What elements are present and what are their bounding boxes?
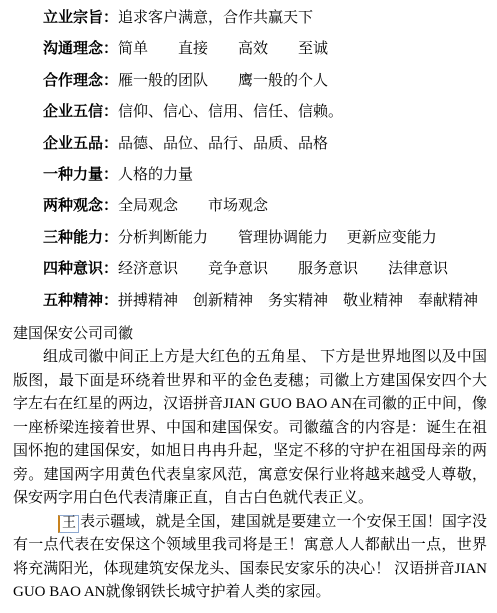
value-label: 企业五信： [43,104,118,120]
list-item: 一种力量：人格的力量 [43,160,487,191]
value-text: 全局观念 市场观念 [118,198,268,214]
value-label: 合作理念： [43,73,118,89]
value-text: 品德、品位、品行、品质、品格 [118,136,328,152]
value-label: 四种意识： [43,261,118,277]
value-label: 沟通理念： [43,41,118,57]
value-text: 拼搏精神 创新精神 务实精神 敬业精神 奉献精神 [118,293,478,309]
emblem-section-heading: 建国保安公司司徽 [13,322,487,346]
document-page: 立业宗旨：追求客户满意，合作共赢天下 沟通理念：简单 直接 高效 至诚 合作理念… [0,0,497,613]
value-text: 雁一般的团队 鹰一般的个人 [118,73,328,89]
emblem-meaning-paragraph: 王表示疆域，就是全国，建国就是要建立一个安保王国！国字没有一点代表在安保这个领域… [13,511,487,605]
value-text: 分析判断能力 管理协调能力 更新应变能力 [118,230,437,246]
list-item: 两种观念：全局观念 市场观念 [43,191,487,222]
list-item: 沟通理念：简单 直接 高效 至诚 [43,34,487,65]
list-item: 五种精神：拼搏精神 创新精神 务实精神 敬业精神 奉献精神 [43,286,487,317]
emblem-description-paragraph: 组成司徽中间正上方是大红色的五角星、 下方是世界地图以及中国版图，最下面是环绕着… [13,346,487,511]
value-label: 一种力量： [43,167,118,183]
value-text: 经济意识 竞争意识 服务意识 法律意识 [118,261,448,277]
value-label: 两种观念： [43,198,118,214]
value-text: 人格的力量 [118,167,193,183]
value-label: 企业五品： [43,136,118,152]
list-item: 立业宗旨：追求客户满意，合作共赢天下 [43,3,487,34]
value-label: 立业宗旨： [43,10,118,26]
boxed-guo-character: 王 [58,515,79,533]
value-text: 追求客户满意，合作共赢天下 [118,10,313,26]
list-item: 四种意识：经济意识 竞争意识 服务意识 法律意识 [43,254,487,285]
company-values-list: 立业宗旨：追求客户满意，合作共赢天下 沟通理念：简单 直接 高效 至诚 合作理念… [13,2,487,317]
list-item: 企业五品：品德、品位、品行、品质、品格 [43,129,487,160]
emblem-meaning-text: 表示疆域，就是全国，建国就是要建立一个安保王国！国字没有一点代表在安保这个领域里… [13,514,487,601]
value-text: 信仰、信心、信用、信任、信赖。 [118,104,343,120]
list-item: 三种能力：分析判断能力 管理协调能力 更新应变能力 [43,223,487,254]
list-item: 合作理念：雁一般的团队 鹰一般的个人 [43,66,487,97]
value-label: 三种能力： [43,230,118,246]
value-label: 五种精神： [43,293,118,309]
value-text: 简单 直接 高效 至诚 [118,41,328,57]
list-item: 企业五信：信仰、信心、信用、信任、信赖。 [43,97,487,128]
